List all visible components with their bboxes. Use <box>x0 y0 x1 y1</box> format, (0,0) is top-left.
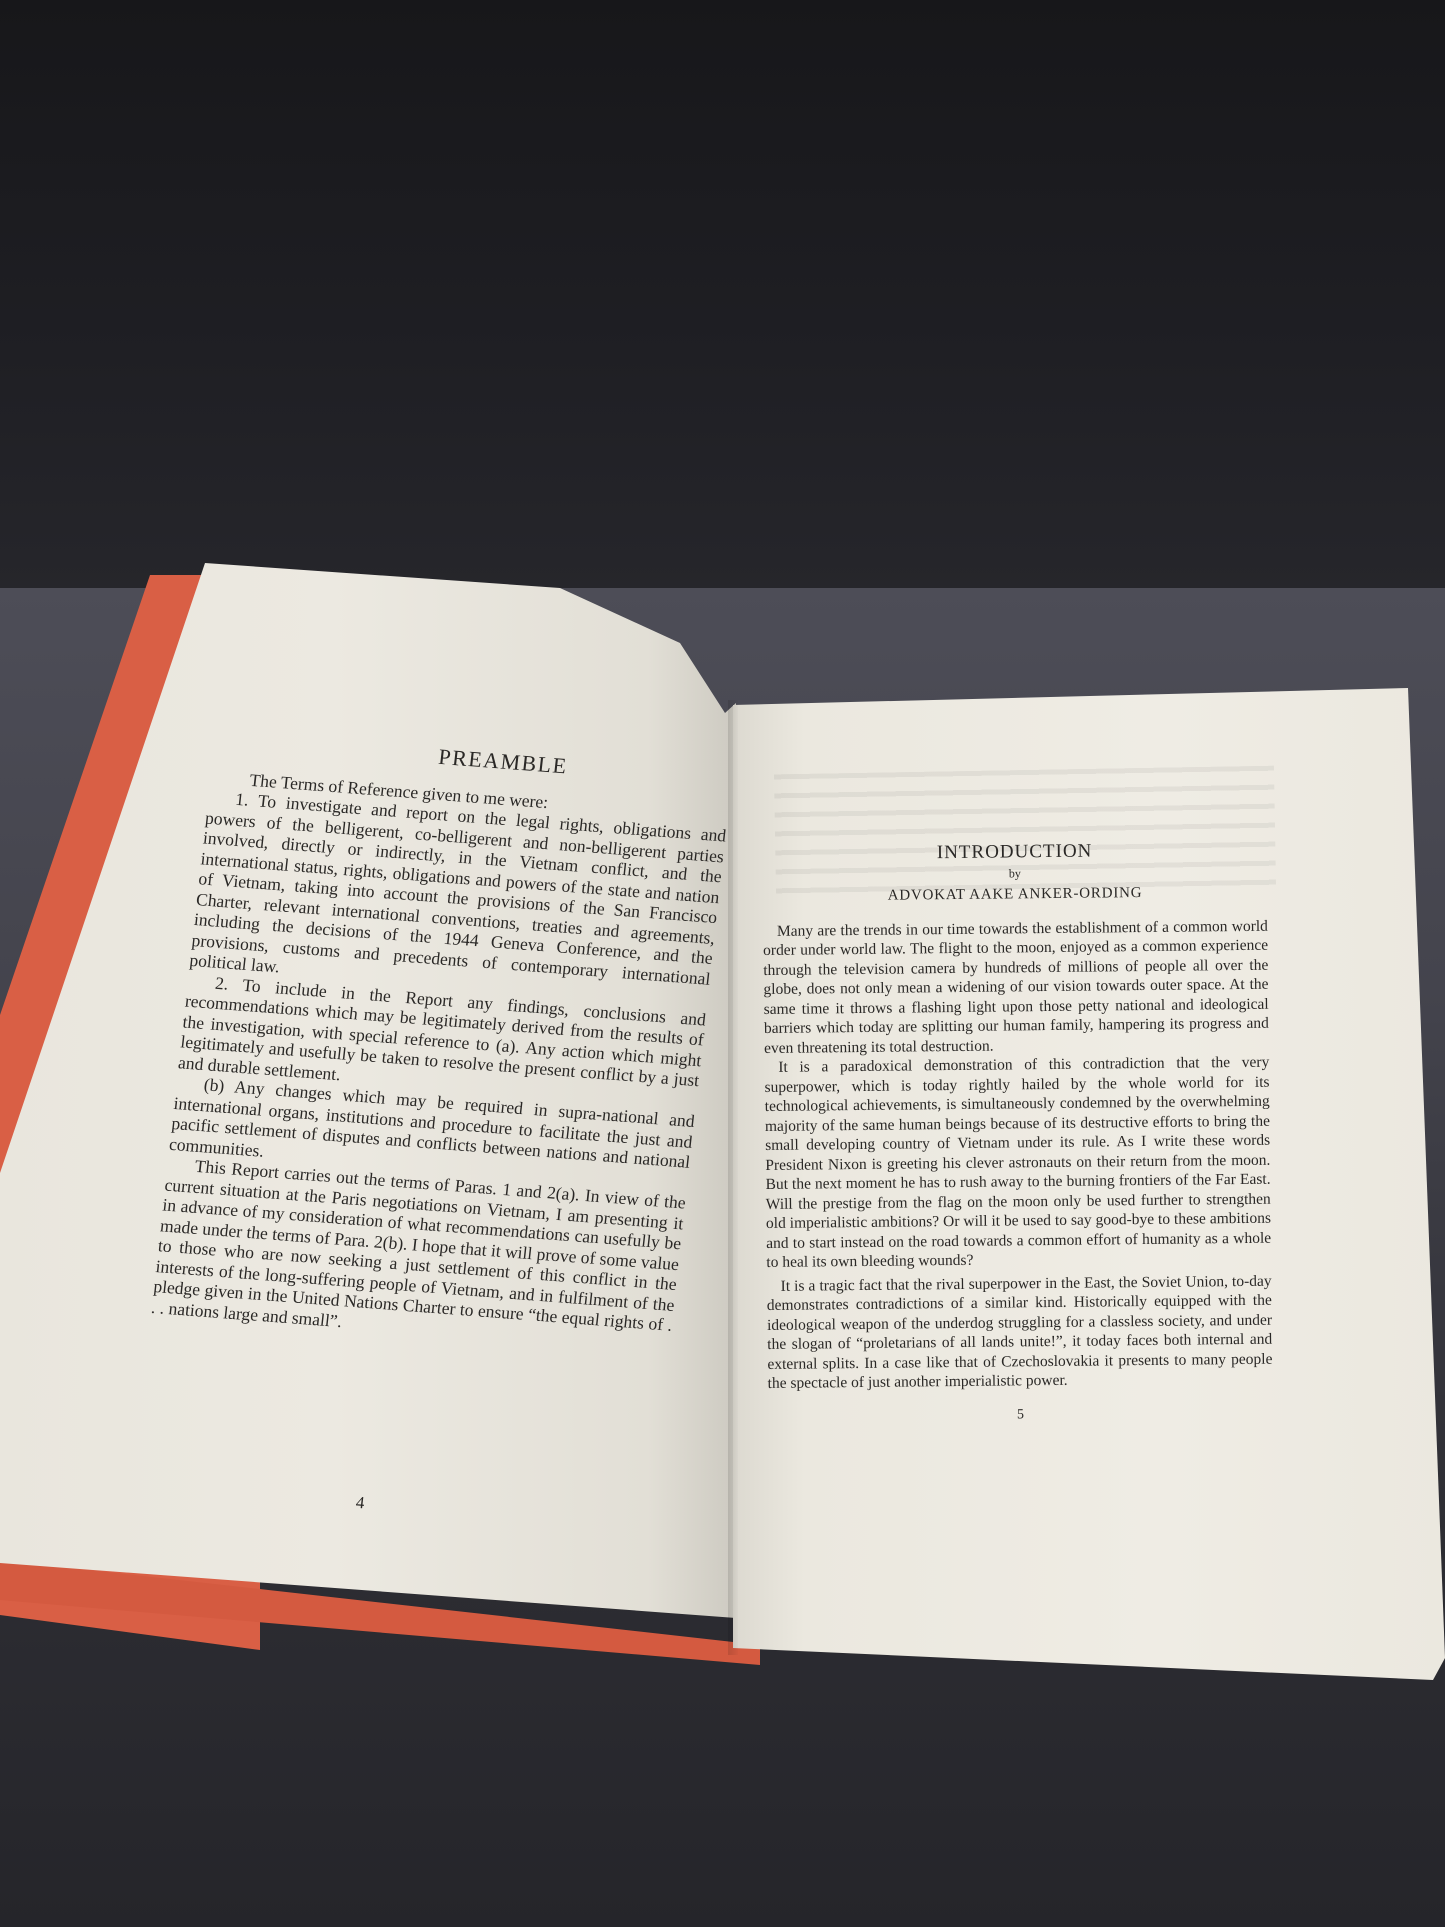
paragraph: It is a tragic fact that the rival super… <box>767 1271 1273 1393</box>
byline-by: by <box>762 861 1267 886</box>
page-number: 4 <box>355 1493 366 1514</box>
paragraph: It is a paradoxical demonstration of thi… <box>764 1053 1271 1273</box>
dark-backdrop <box>0 0 1445 592</box>
left-page-content: PREAMBLE The Terms of Reference given to… <box>150 730 733 1356</box>
page-title: INTRODUCTION <box>762 840 1267 865</box>
right-page-content: INTRODUCTION by ADVOKAT AAKE ANKER-ORDIN… <box>762 840 1273 1427</box>
author-name: ADVOKAT AAKE ANKER-ORDING <box>762 883 1267 908</box>
paragraph: Many are the trends in our time towards … <box>763 916 1269 1058</box>
book-spine-gutter <box>728 700 738 1655</box>
